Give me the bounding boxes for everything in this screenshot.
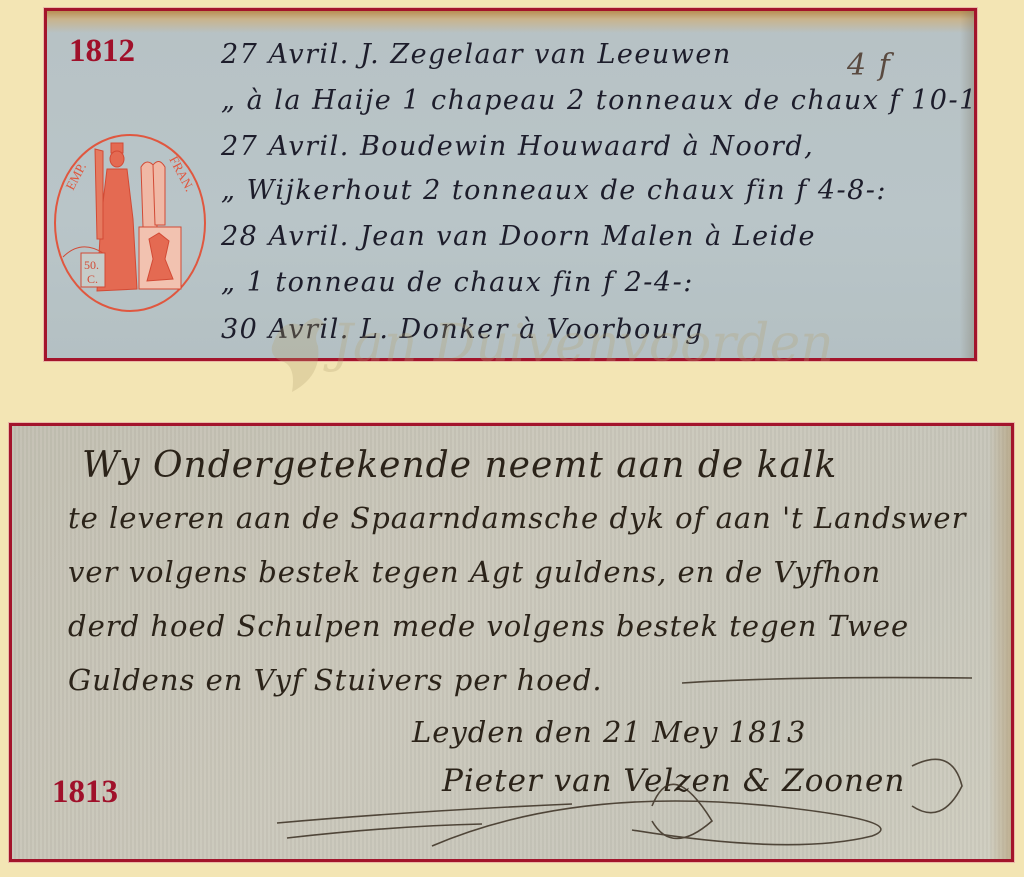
stamp-value-line1: 50. — [84, 258, 99, 272]
ledger-line-5: 28 Avril. Jean van Doorn Malen à Leide — [221, 223, 816, 250]
letter-line-3: ver volgens bestek tegen Agt guldens, en… — [68, 558, 881, 587]
ledger-line-6: „ 1 tonneau de chaux fin f 2-4-: — [221, 269, 694, 296]
french-empire-stamp-icon: EMP. FRAN. 50. C. — [51, 129, 209, 317]
year-label-1812: 1812 — [69, 35, 135, 68]
margin-note: 4 f — [847, 51, 891, 81]
ledger-line-2: „ à la Haije 1 chapeau 2 tonneaux de cha… — [221, 87, 977, 114]
paper-edge — [960, 11, 974, 358]
stamp-value-line2: C. — [87, 272, 98, 286]
letter-line-4: derd hoed Schulpen mede volgens bestek t… — [68, 612, 909, 641]
letter-signature: Pieter van Velzen & Zoonen — [442, 766, 905, 797]
document-panel-1813: Wy Ondergetekende neemt aan de kalk te l… — [9, 423, 1014, 862]
letter-line-1: Wy Ondergetekende neemt aan de kalk — [82, 448, 837, 484]
letter-line-5: Guldens en Vyf Stuivers per hoed. — [68, 666, 603, 695]
tax-stamp: EMP. FRAN. 50. C. — [51, 129, 209, 317]
year-label-1813: 1813 — [52, 776, 118, 809]
ledger-line-3: 27 Avril. Boudewin Houwaard à Noord, — [221, 133, 814, 160]
ledger-line-1: 27 Avril. J. Zegelaar van Leeuwen — [221, 41, 732, 68]
letter-line-2: te leveren aan de Spaarndamsche dyk of a… — [68, 504, 966, 533]
ledger-line-7: 30 Avril. L. Donker à Voorbourg — [221, 316, 704, 343]
ledger-line-4: „ Wijkerhout 2 tonneaux de chaux fin f 4… — [221, 177, 887, 204]
letter-date-line: Leyden den 21 Mey 1813 — [412, 718, 806, 747]
stamp-left-text: EMP. — [62, 160, 89, 192]
paper-edge — [989, 426, 1011, 859]
document-panel-1812: 1812 EMP. FRAN. 50. C. — [44, 8, 977, 361]
